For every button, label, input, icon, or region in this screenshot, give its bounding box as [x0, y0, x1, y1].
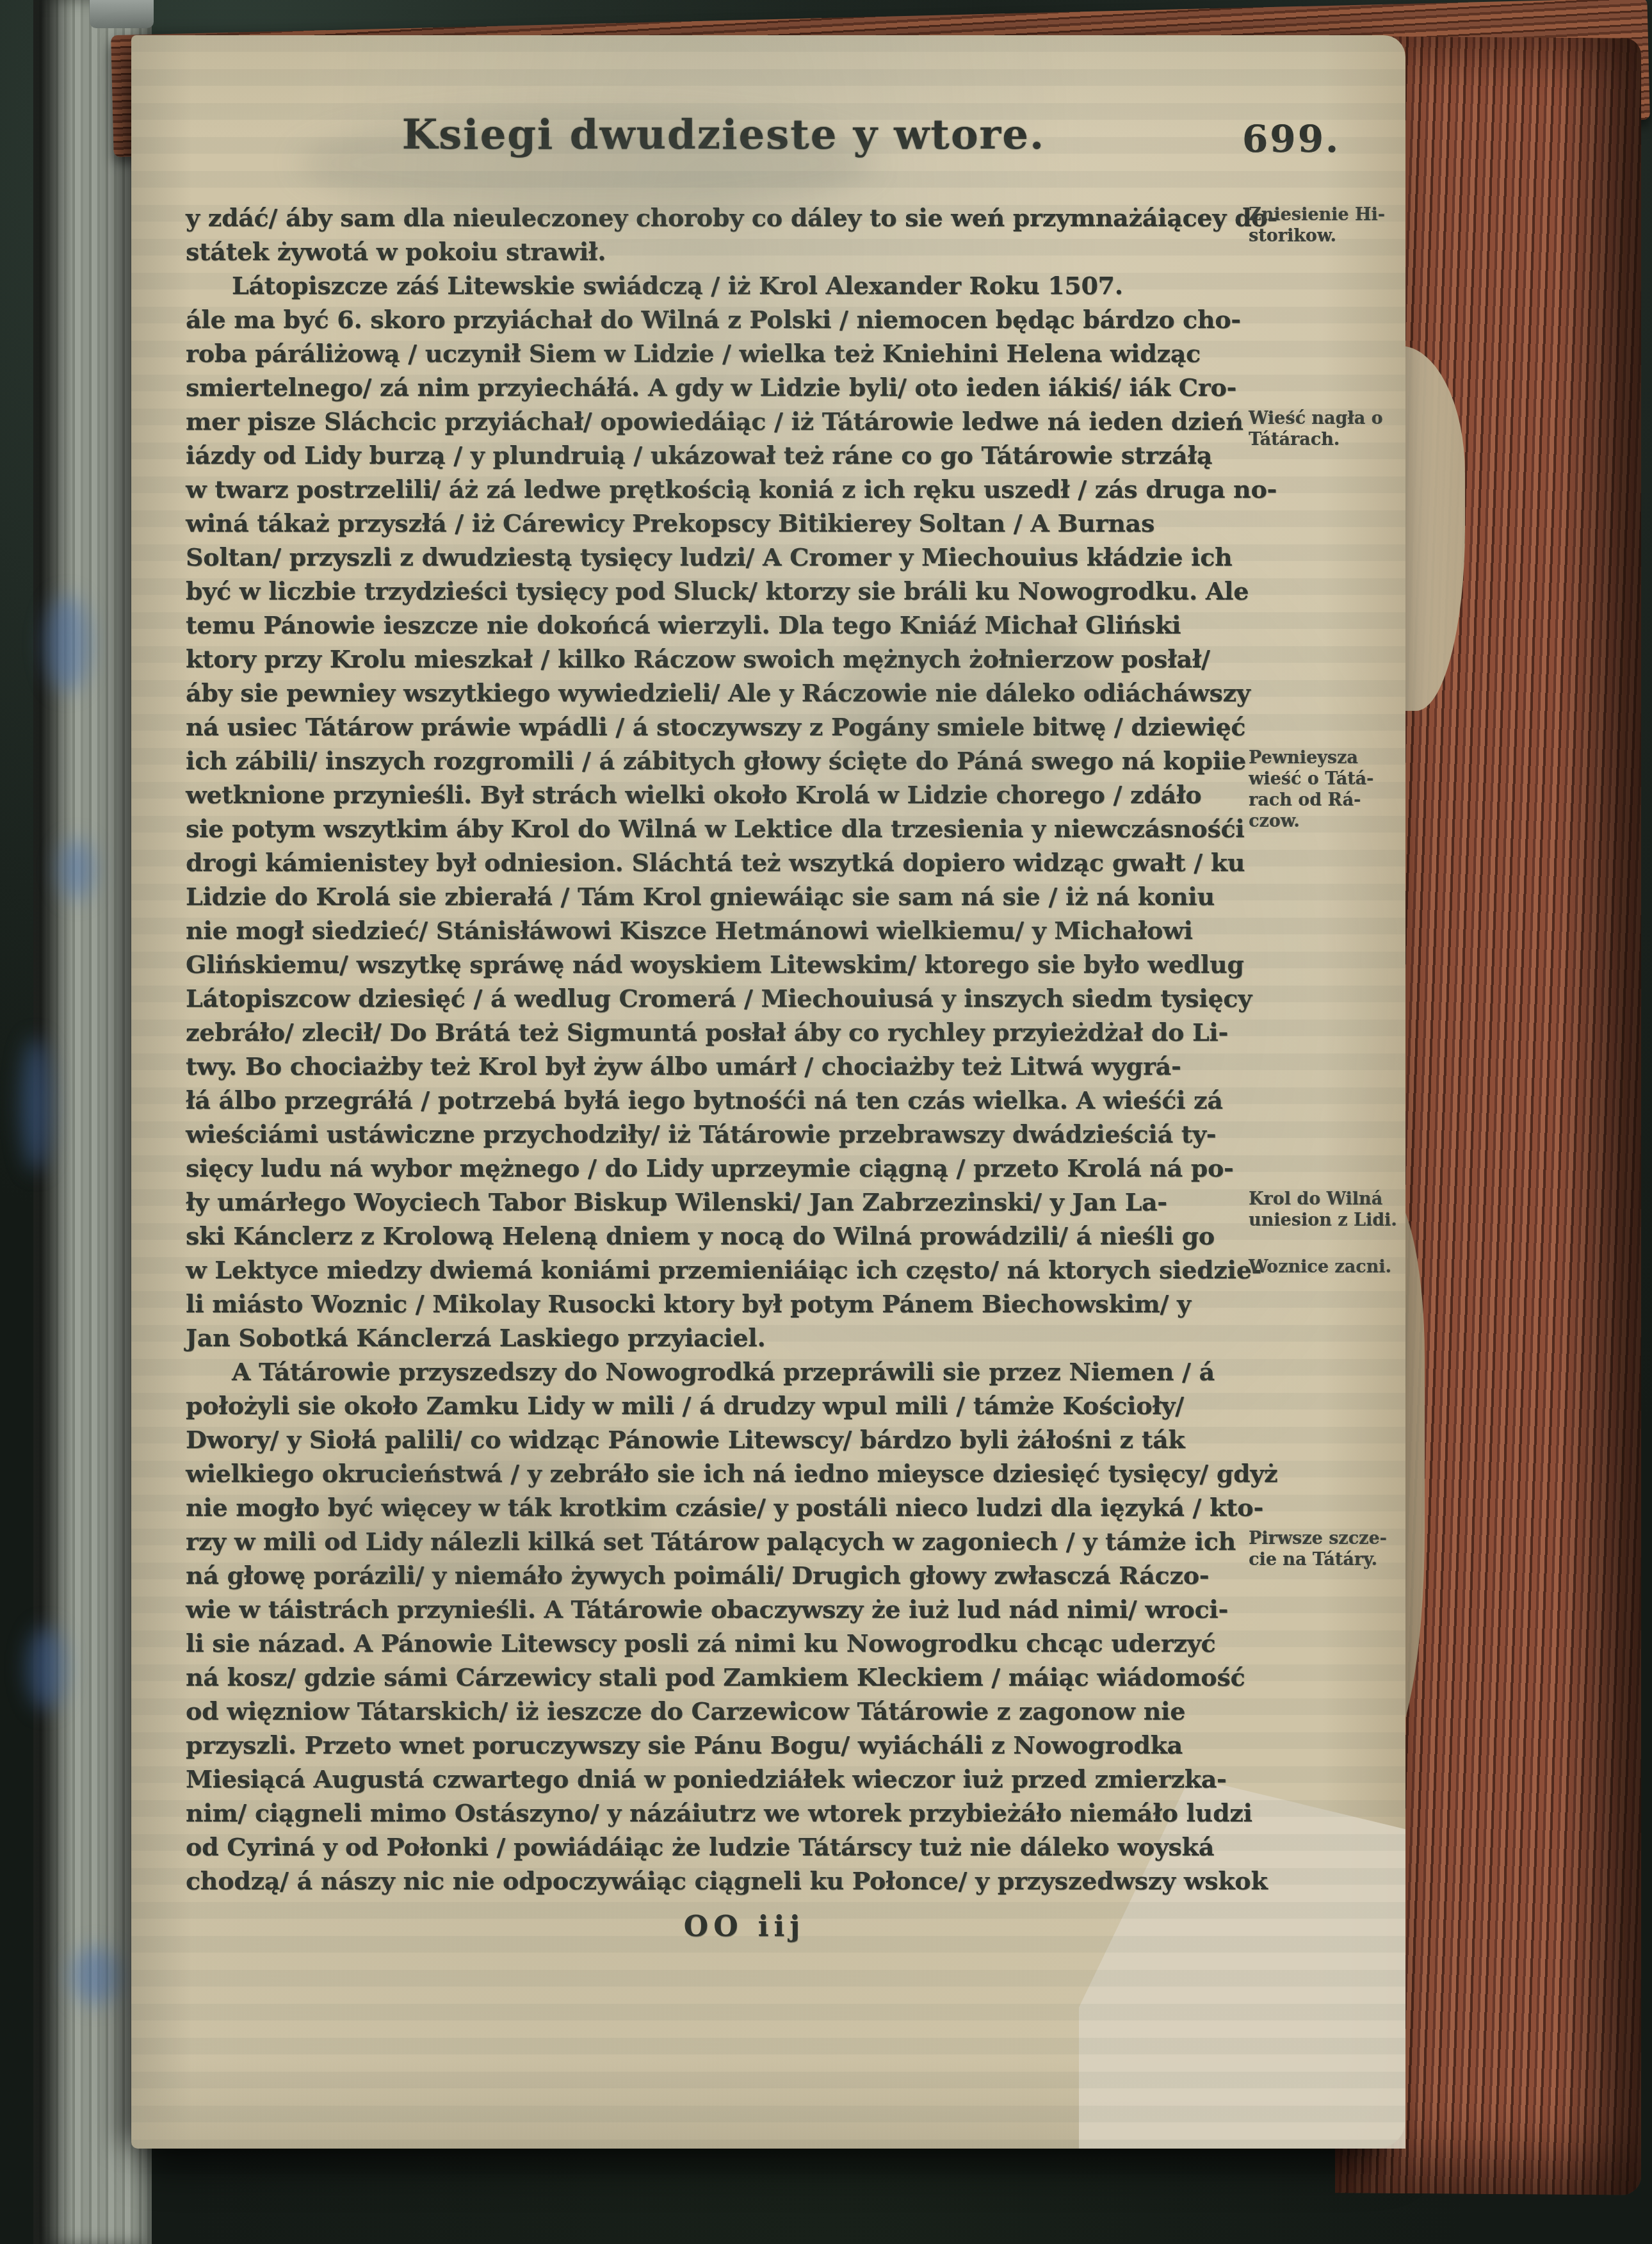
- page-number: 699.: [1242, 117, 1340, 161]
- margin-note: Wieść nagła oTátárach.: [1249, 408, 1405, 450]
- running-header: Ksiegi dwudzieste y wtore.: [227, 111, 1220, 159]
- marbling-spot: [59, 839, 94, 900]
- text-line: w twarz postrzelili/ áż zá ledwe prętkoś…: [186, 472, 1303, 506]
- text-line: ski Kánclerz z Krolową Heleną dniem y no…: [186, 1219, 1303, 1253]
- text-line: przyszli. Przeto wnet poruczywszy sie Pá…: [186, 1728, 1303, 1762]
- text-line: ná kosz/ gdzie sámi Cárzewicy stali pod …: [186, 1660, 1303, 1694]
- text-line: położyli sie około Zamku Lidy w mili / á…: [186, 1388, 1303, 1422]
- text-line: chodzą/ á nászy nic nie odpoczywáiąc cią…: [186, 1864, 1303, 1898]
- marbling-spot: [45, 596, 90, 692]
- margin-note-line: Krol do Wilná: [1249, 1189, 1405, 1210]
- text-line: ná głowę porázili/ y niemáło żywych poim…: [186, 1558, 1303, 1592]
- text-line: temu Pánowie ieszcze nie dokońcá wierzyl…: [186, 608, 1303, 642]
- text-line: zebráło/ zlecił/ Do Brátá też Sigmuntá p…: [186, 1015, 1303, 1049]
- text-line: y zdáć/ áby sam dla nieuleczoney choroby…: [186, 200, 1303, 234]
- text-line: ná usiec Tátárow práwie wpádli / á stocz…: [186, 710, 1303, 744]
- text-line: Jan Sobotká Kánclerzá Laskiego przyiacie…: [186, 1321, 1303, 1354]
- text-line: Lidzie do Krolá sie zbierałá / Tám Krol …: [186, 879, 1303, 913]
- text-line: winá tákaż przyszłá / iż Cárewicy Prekop…: [186, 506, 1303, 540]
- text-line: wielkiego okrucieństwá / y zebráło sie i…: [186, 1456, 1303, 1490]
- text-line: drogi kámienistey był odniesion. Sláchtá…: [186, 845, 1303, 879]
- margin-note-line: storikow.: [1249, 225, 1405, 247]
- marbling-spot: [27, 1627, 65, 1710]
- margin-note-line: czow.: [1249, 811, 1405, 832]
- margin-note: Krol do Wilnáuniesion z Lidi.: [1249, 1189, 1405, 1231]
- text-line: roba páráliżową / uczynił Siem w Lidzie …: [186, 336, 1303, 370]
- text-line: Látopiszcow dziesięć / á wedlug Cromerá …: [186, 981, 1303, 1015]
- text-line: od Cyriná y od Połonki / powiádáiąc że l…: [186, 1830, 1303, 1864]
- text-line: li sie názad. A Pánowie Litewscy posli z…: [186, 1626, 1303, 1660]
- text-line: sięcy ludu ná wybor mężnego / do Lidy up…: [186, 1151, 1303, 1185]
- text-line: nie mogło być więcey w ták krotkim czási…: [186, 1490, 1303, 1524]
- text-line: wieściámi ustáwiczne przychodziły/ iż Tá…: [186, 1117, 1303, 1151]
- margin-note-line: Wieść nagła o: [1249, 408, 1405, 429]
- margin-notes-column: Zniesienie Hi-storikow.Wieść nagła oTátá…: [1249, 200, 1405, 2058]
- text-line: li miásto Woznic / Mikolay Rusocki ktory…: [186, 1287, 1303, 1321]
- text-line: iázdy od Lidy burzą / y plundruią / ukáz…: [186, 438, 1303, 472]
- margin-note-line: Zniesienie Hi-: [1249, 204, 1405, 225]
- text-line: wie w táistrách przynieśli. A Tátárowie …: [186, 1592, 1303, 1626]
- text-line: Soltan/ przyszli z dwudziestą tysięcy lu…: [186, 540, 1303, 574]
- text-line: Dwory/ y Siołá palili/ co widząc Pánowie…: [186, 1422, 1303, 1456]
- page-surface: Ksiegi dwudzieste y wtore. 699. y zdáć/ …: [131, 35, 1405, 2149]
- text-line: Miesiącá Augustá czwartego dniá w ponied…: [186, 1762, 1303, 1796]
- margin-note-line: uniesion z Lidi.: [1249, 1210, 1405, 1231]
- text-line: łá álbo przegráłá / potrzebá byłá iego b…: [186, 1083, 1303, 1117]
- text-line: mer pisze Sláchcic przyiáchał/ opowiedái…: [186, 404, 1303, 438]
- margin-note-line: rach od Rá-: [1249, 790, 1405, 811]
- text-line: A Tátárowie przyszedszy do Nowogrodká pr…: [186, 1354, 1303, 1388]
- margin-note-line: Pirwsze szcze-: [1249, 1528, 1405, 1549]
- text-line: smiertelnego/ zá nim przyiecháłá. A gdy …: [186, 370, 1303, 404]
- text-line: sie potym wszytkim áby Krol do Wilná w L…: [186, 811, 1303, 845]
- margin-note-line: cie na Tátáry.: [1249, 1549, 1405, 1570]
- margin-note-line: Tátárach.: [1249, 429, 1405, 450]
- margin-note: Zniesienie Hi-storikow.: [1249, 204, 1405, 247]
- text-line: rzy w mili od Lidy nálezli kilká set Tát…: [186, 1524, 1303, 1558]
- text-line: nie mogł siedzieć/ Stánisłáwowi Kiszce H…: [186, 913, 1303, 947]
- margin-note: Woznice zacni.: [1249, 1256, 1405, 1278]
- text-line: wetknione przynieśli. Był strách wielki …: [186, 777, 1303, 811]
- text-line: ich zábili/ inszych rozgromili / á zábit…: [186, 744, 1303, 777]
- margin-note: Pirwsze szcze-cie na Tátáry.: [1249, 1528, 1405, 1570]
- text-line: ły umárłego Woyciech Tabor Biskup Wilens…: [186, 1185, 1303, 1219]
- book-page-scan: Ksiegi dwudzieste y wtore. 699. y zdáć/ …: [0, 0, 1652, 2244]
- margin-note: Pewnieyszawieść o Tátá-rach od Rá-czow.: [1249, 747, 1405, 832]
- text-line: twy. Bo chociażby też Krol był żyw álbo …: [186, 1049, 1303, 1083]
- marbling-spot: [70, 1947, 122, 2004]
- text-line: státek żywotá w pokoiu strawił.: [186, 234, 1303, 268]
- margin-note-line: Woznice zacni.: [1249, 1256, 1405, 1278]
- text-line: ále ma być 6. skoro przyiáchał do Wilná …: [186, 302, 1303, 336]
- text-line: w Lektyce miedzy dwiemá koniámi przemien…: [186, 1253, 1303, 1287]
- signature-mark: OO iij: [186, 1910, 1303, 1943]
- margin-note-line: Pewnieysza: [1249, 747, 1405, 768]
- binding-clasp: [90, 0, 154, 28]
- text-line: áby sie pewniey wszytkiego wywiedzieli/ …: [186, 676, 1303, 710]
- text-line: od więzniow Tátarskich/ iż ieszcze do Ca…: [186, 1694, 1303, 1728]
- text-line: Glińskiemu/ wszytkę spráwę nád woyskiem …: [186, 947, 1303, 981]
- text-block: y zdáć/ áby sam dla nieuleczoney choroby…: [186, 200, 1303, 1898]
- text-line: nim/ ciągneli mimo Ostászyno/ y názáiutr…: [186, 1796, 1303, 1830]
- text-line: Látopiszcze záś Litewskie swiádczą / iż …: [186, 268, 1303, 302]
- text-line: ktory przy Krolu mieszkał / kilko Ráczow…: [186, 642, 1303, 676]
- text-line: być w liczbie trzydzieści tysięcy pod Sl…: [186, 574, 1303, 608]
- marbling-spot: [22, 1037, 51, 1172]
- margin-note-line: wieść o Tátá-: [1249, 768, 1405, 790]
